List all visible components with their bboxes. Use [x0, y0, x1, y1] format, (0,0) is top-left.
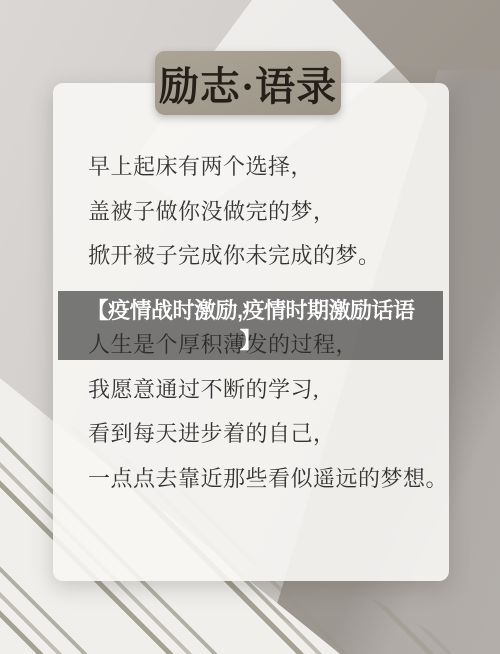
quote-line: 掀开被子完成你未完成的梦。: [88, 234, 433, 279]
headline-overlay-bar: 【疫情战时激励,疫情时期激励话语 】: [58, 291, 443, 360]
quote-line: 盖被子做你没做完的梦，: [88, 190, 433, 235]
headline-closing-bracket: 】: [240, 326, 262, 356]
title-badge: 励志·语录: [155, 51, 341, 115]
quote-poster-canvas: 早上起床有两个选择， 盖被子做你没做完的梦， 掀开被子完成你未完成的梦。 人生是…: [0, 0, 500, 654]
quote-line: 早上起床有两个选择，: [88, 145, 433, 190]
title-badge-label: 励志·语录: [159, 55, 337, 112]
quote-line: 看到每天进步着的自己，: [88, 412, 433, 457]
headline-line-1: 【疫情战时激励,疫情时期激励话语: [86, 296, 414, 326]
quote-line: 一点点去靠近那些看似遥远的梦想。: [88, 457, 433, 502]
quote-line: 我愿意通过不断的学习,: [88, 368, 433, 413]
